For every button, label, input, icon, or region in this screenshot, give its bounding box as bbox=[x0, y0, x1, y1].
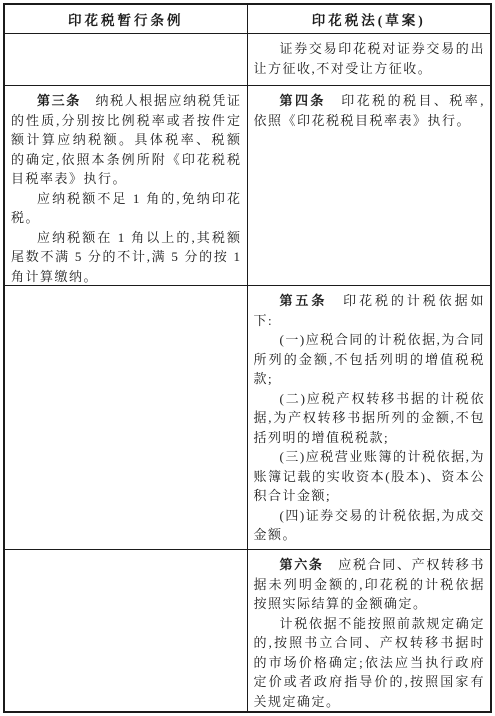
column-header-draft-law: 印花税法(草案) bbox=[248, 5, 491, 34]
paragraph-article5-main: 第五条 印花税的计税依据如下: bbox=[254, 291, 486, 330]
paragraph-article6-main: 第六条 应税合同、产权转移书据未列明金额的,印花税的计税依据按照实际结算的金额确… bbox=[254, 555, 486, 614]
paragraph-article5-item3: (三)应税营业账簿的计税依据,为账簿记载的实收资本(股本)、资本公积合计金额; bbox=[254, 447, 486, 506]
paragraph-text: (三)应税营业账簿的计税依据,为账簿记载的实收资本(股本)、资本公积合计金额; bbox=[254, 449, 486, 503]
paragraph-text: 应纳税额不足 1 角的,免纳印花税。 bbox=[11, 191, 242, 226]
article4-number: 第四条 bbox=[280, 93, 326, 108]
article5-number: 第五条 bbox=[280, 293, 328, 308]
paragraph-article3-sub2: 应纳税额在 1 角以上的,其税额尾数不满 5 分的不计,满 5 分的按 1 角计… bbox=[11, 228, 242, 287]
paragraph-article6-sub1: 计税依据不能按照前款规定确定的,按照书立合同、产权转移书据时的市场价格确定;依法… bbox=[254, 614, 486, 712]
paragraph-article3-sub1: 应纳税额不足 1 角的,免纳印花税。 bbox=[11, 189, 242, 228]
article6-number: 第六条 bbox=[280, 557, 324, 572]
regulation-comparison-table: 印花税暂行条例 印花税法(草案) 证券交易印花税对证券交易的出让方征收,不对受让… bbox=[3, 3, 492, 713]
paragraph-article3-main: 第三条 纳税人根据应纳税凭证的性质,分别按比例税率或者按件定额计算应纳税额。具体… bbox=[11, 91, 242, 189]
paragraph-text: 计税依据不能按照前款规定确定的,按照书立合同、产权转移书据时的市场价格确定;依法… bbox=[254, 616, 486, 709]
paragraph-article5-item1: (一)应税合同的计税依据,为合同所列的金额,不包括列明的增值税税款; bbox=[254, 330, 486, 389]
cell-regulations-row1-empty bbox=[5, 34, 248, 86]
paragraph-securities-levy: 证券交易印花税对证券交易的出让方征收,不对受让方征收。 bbox=[254, 39, 486, 78]
cell-draft-row1: 证券交易印花税对证券交易的出让方征收,不对受让方征收。 bbox=[248, 34, 491, 86]
paragraph-article5-item4: (四)证券交易的计税依据,为成交金额。 bbox=[254, 506, 486, 545]
cell-draft-article6: 第六条 应税合同、产权转移书据未列明金额的,印花税的计税依据按照实际结算的金额确… bbox=[248, 550, 491, 711]
paragraph-text: 证券交易印花税对证券交易的出让方征收,不对受让方征收。 bbox=[254, 41, 486, 76]
cell-regulations-row3-empty bbox=[5, 286, 248, 550]
paragraph-text: (二)应税产权转移书据的计税依据,为产权转移书据所列的金额,不包括列明的增值税税… bbox=[254, 391, 486, 445]
document-page: 印花税暂行条例 印花税法(草案) 证券交易印花税对证券交易的出让方征收,不对受让… bbox=[0, 0, 495, 716]
cell-regulations-article3: 第三条 纳税人根据应纳税凭证的性质,分别按比例税率或者按件定额计算应纳税额。具体… bbox=[5, 86, 248, 286]
cell-draft-article4: 第四条 印花税的税目、税率,依照《印花税税目税率表》执行。 bbox=[248, 86, 491, 286]
paragraph-article5-item2: (二)应税产权转移书据的计税依据,为产权转移书据所列的金额,不包括列明的增值税税… bbox=[254, 389, 486, 448]
paragraph-text: 应纳税额在 1 角以上的,其税额尾数不满 5 分的不计,满 5 分的按 1 角计… bbox=[11, 230, 242, 284]
column-header-interim-regulations: 印花税暂行条例 bbox=[5, 5, 248, 34]
paragraph-text: (一)应税合同的计税依据,为合同所列的金额,不包括列明的增值税税款; bbox=[254, 332, 486, 386]
paragraph-text: (四)证券交易的计税依据,为成交金额。 bbox=[254, 508, 486, 543]
paragraph-article4-main: 第四条 印花税的税目、税率,依照《印花税税目税率表》执行。 bbox=[254, 91, 486, 130]
cell-draft-article5: 第五条 印花税的计税依据如下: (一)应税合同的计税依据,为合同所列的金额,不包… bbox=[248, 286, 491, 550]
cell-regulations-row4-empty bbox=[5, 550, 248, 711]
article3-number: 第三条 bbox=[37, 93, 81, 108]
